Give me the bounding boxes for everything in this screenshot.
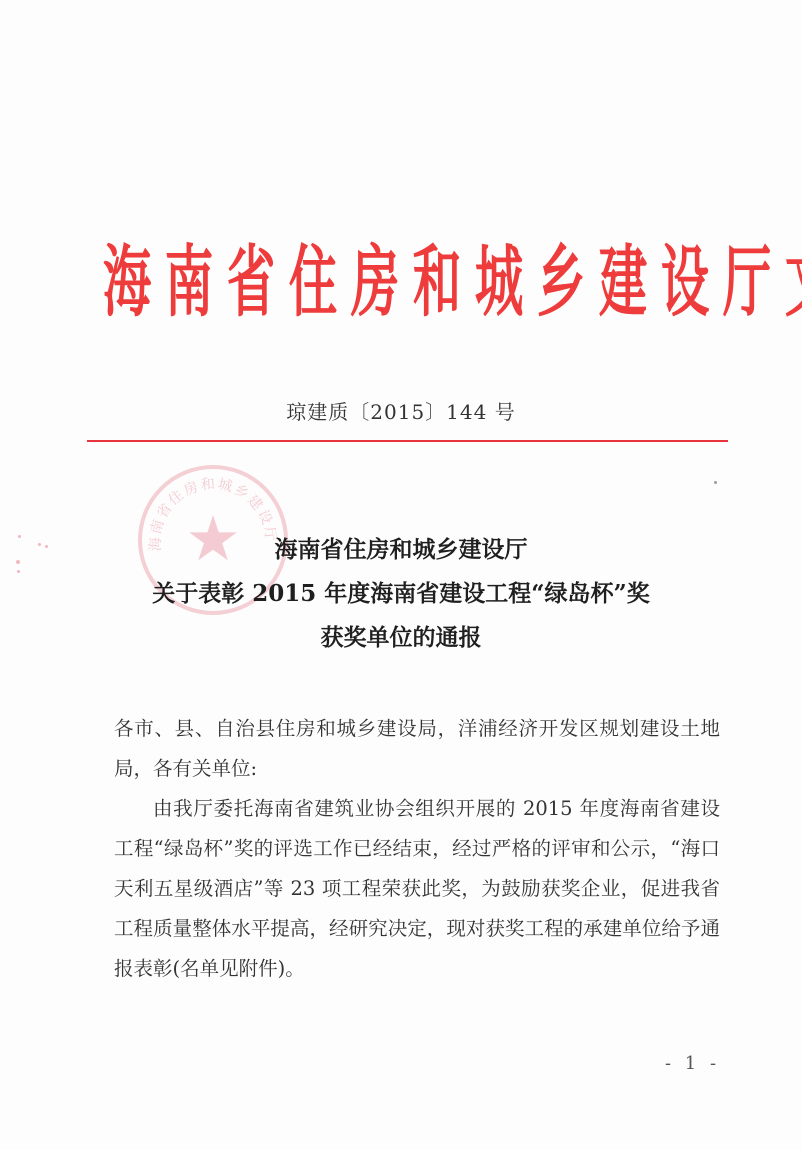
header-char: 乡 bbox=[537, 243, 585, 321]
document-body: 各市、县、自治县住房和城乡建设局，洋浦经济开发区规划建设土地局，各有关单位: 由… bbox=[114, 709, 720, 989]
header-char: 南 bbox=[165, 243, 213, 321]
body-paragraph: 由我厅委托海南省建筑业协会组织开展的 2015 年度海南省建设工程“绿岛杯”奖的… bbox=[114, 789, 720, 989]
header-char: 设 bbox=[661, 243, 709, 321]
header-char: 省 bbox=[227, 243, 275, 321]
scan-speck bbox=[16, 560, 20, 564]
document-number: 琼建质〔2015〕144 号 bbox=[0, 396, 802, 425]
title-line-3: 获奖单位的通报 bbox=[0, 616, 802, 660]
header-char: 厅 bbox=[723, 243, 771, 321]
scan-speck bbox=[714, 481, 717, 484]
header-char: 房 bbox=[351, 243, 399, 321]
notice-title: 海南省住房和城乡建设厅 关于表彰 2015 年度海南省建设工程“绿岛杯”奖 获奖… bbox=[0, 528, 802, 660]
page-number: - 1 - bbox=[665, 1053, 720, 1074]
header-char: 住 bbox=[289, 243, 337, 321]
scan-speck bbox=[38, 543, 41, 546]
header-char: 文 bbox=[785, 243, 802, 321]
document-page: 海 南 省 住 房 和 城 乡 建 设 厅 文 件 琼建质〔2015〕144 号… bbox=[0, 0, 802, 1149]
addressees: 各市、县、自治县住房和城乡建设局，洋浦经济开发区规划建设土地局，各有关单位: bbox=[114, 709, 720, 789]
header-char: 海 bbox=[103, 243, 151, 321]
header-char: 和 bbox=[413, 243, 461, 321]
title-line-2: 关于表彰 2015 年度海南省建设工程“绿岛杯”奖 bbox=[0, 572, 802, 616]
document-header-title: 海 南 省 住 房 和 城 乡 建 设 厅 文 件 bbox=[96, 232, 716, 332]
scan-speck bbox=[18, 535, 21, 538]
header-char: 城 bbox=[475, 243, 523, 321]
header-char: 建 bbox=[599, 243, 647, 321]
red-divider bbox=[87, 440, 728, 442]
title-line-1: 海南省住房和城乡建设厅 bbox=[0, 528, 802, 572]
scan-speck bbox=[45, 545, 48, 548]
scan-speck bbox=[17, 570, 20, 573]
